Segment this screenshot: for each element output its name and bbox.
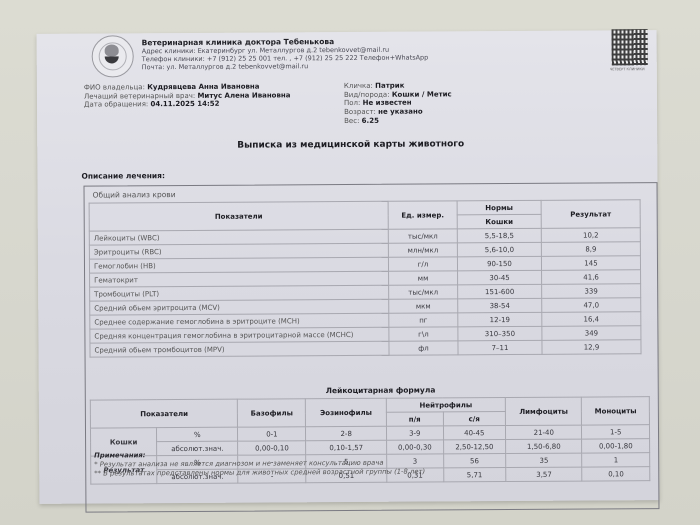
cell-norm: 5,5-18,5	[457, 228, 541, 243]
cell-unit: г\л	[389, 327, 458, 341]
col-unit: Ед. измер.	[388, 201, 457, 229]
doctor-value: Митус Алена Ивановна	[197, 91, 290, 100]
date-value: 04.11.2025 14:52	[150, 100, 219, 108]
cell-value: 5,71	[443, 468, 506, 482]
cell-unit: млн/мкл	[388, 243, 457, 257]
clinic-mail: Почта: ул. Металлургов д.2 tebenkovvet@m…	[142, 62, 429, 72]
col-species: Кошки	[457, 214, 541, 229]
cell-value: 3,57	[506, 467, 583, 481]
results-box: Общий анализ крови Показатели Ед. измер.…	[83, 182, 659, 513]
sex-value: Не известен	[363, 99, 412, 107]
date-label: Дата обращения:	[84, 100, 148, 108]
weight-label: Вес:	[344, 117, 359, 125]
pet-name-value: Патрик	[375, 82, 404, 90]
cell-result: 339	[542, 284, 641, 299]
leu-col-band: п/я	[386, 412, 443, 426]
cell-norm: 38-54	[458, 298, 542, 313]
leu-col-param: Показатели	[90, 399, 238, 428]
cell-result: 8,9	[541, 242, 640, 257]
pet-info: Кличка: Патрик Вид/порода: Кошки / Метис…	[344, 81, 452, 125]
col-param: Показатели	[89, 201, 388, 231]
notes: Примечания: * Результат анализа не являе…	[94, 450, 425, 479]
cell-unit: тыс/мкл	[389, 285, 458, 299]
medical-record-sheet: Ветеринарная клиника доктора Тебенькова …	[37, 30, 660, 504]
cell-value: 3-9	[386, 426, 443, 440]
age-label: Возраст:	[344, 108, 376, 116]
cell-unit: тыс/мкл	[388, 229, 457, 243]
table-row: Средний обьем тромбоцитов (MPV)фл7–1112,…	[90, 340, 641, 357]
cell-result: 41,6	[542, 270, 641, 285]
cell-unit: г/л	[388, 257, 457, 271]
owner-label: ФИО владельца:	[84, 83, 145, 91]
cell-value: 21-40	[506, 425, 583, 439]
cell-value: 0-1	[238, 427, 306, 441]
cell-unit: мм	[389, 271, 458, 285]
cell-value: 1-5	[582, 425, 650, 439]
leu-col-neut: Нейтрофилы	[386, 398, 505, 413]
cell-value: 1,50-6,80	[506, 439, 583, 453]
cell-name: Средний обьем тромбоцитов (MPV)	[90, 341, 389, 357]
qr-code-icon	[612, 29, 648, 65]
breed-label: Вид/порода:	[344, 90, 390, 98]
leu-col-baso: Базофилы	[238, 399, 306, 427]
cell-norm: 5,6-10,0	[457, 242, 541, 257]
leu-col-mono: Моноциты	[582, 397, 650, 425]
cell-value: 0,10	[582, 467, 650, 481]
cell-norm: 151-600	[458, 284, 542, 299]
col-result: Результат	[541, 200, 640, 229]
cell-result: 47,0	[542, 298, 641, 313]
leu-col-eos: Эозинофилы	[306, 398, 387, 426]
leu-col-seg: с/я	[443, 412, 506, 426]
cell-norm: 310–350	[458, 326, 542, 341]
owner-info: ФИО владельца: Кудрявцева Анна Ивановна …	[84, 82, 291, 109]
sex-label: Пол:	[344, 99, 360, 107]
cell-value: 2,50-12,50	[443, 440, 506, 454]
cell-norm: 30-45	[458, 270, 542, 285]
cell-value: 1	[582, 453, 650, 467]
qr-caption: ЧЕТВЕРТ КЛИНИКИ	[610, 67, 645, 71]
pet-name-label: Кличка:	[344, 82, 373, 90]
cell-result: 10,2	[541, 228, 640, 243]
cell-value: 35	[506, 453, 583, 467]
section-title: Описание лечения:	[81, 171, 165, 181]
breed-value: Кошки / Метис	[392, 90, 452, 98]
cbc-caption: Общий анализ крови	[93, 190, 176, 200]
cell-result: 349	[542, 326, 641, 341]
cell-value: 56	[443, 454, 506, 468]
cell-unit: мкм	[389, 299, 458, 313]
age-value: не указано	[378, 108, 423, 116]
cell-value: 40-45	[443, 426, 506, 440]
cell-unit: фл	[389, 341, 458, 355]
leukocyte-title: Лейкоцитарная формула	[326, 385, 436, 395]
cell-result: 12,9	[542, 340, 641, 355]
cell-result: 16,4	[542, 312, 641, 327]
clinic-logo-icon	[92, 35, 134, 77]
clinic-header: Ветеринарная клиника доктора Тебенькова …	[92, 32, 652, 75]
clinic-info: Ветеринарная клиника доктора Тебенькова …	[142, 38, 429, 72]
cell-norm: 7–11	[458, 340, 542, 355]
doctor-label: Лечащий ветеринарный врач:	[84, 91, 195, 100]
owner-value: Кудрявцева Анна Ивановна	[147, 83, 259, 92]
leu-col-lymph: Лимфоциты	[505, 397, 582, 425]
cell-norm: 90-150	[457, 256, 541, 271]
cell-unit: пг	[389, 313, 458, 327]
cell-result: 145	[541, 256, 640, 271]
cell-value: 0,00-1,80	[582, 439, 650, 453]
row-sub-label: %	[157, 427, 238, 441]
cbc-table: Показатели Ед. измер. Нормы Результат Ко…	[89, 199, 642, 357]
document-title: Выписка из медицинской карты животного	[237, 139, 464, 150]
weight-value: 6.25	[362, 117, 379, 125]
cell-norm: 12-19	[458, 312, 542, 327]
cell-value: 2-8	[306, 426, 387, 440]
col-norms: Нормы	[457, 200, 541, 215]
